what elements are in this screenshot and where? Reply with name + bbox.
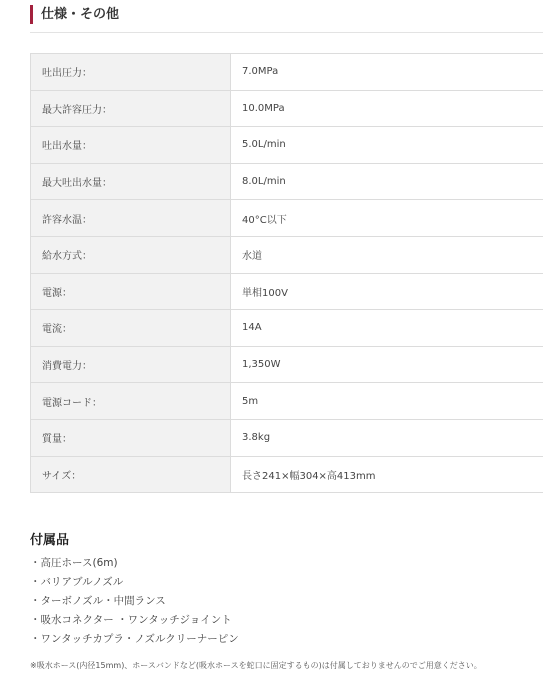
spec-label: 給水方式： — [31, 236, 231, 273]
table-row: 消費電力：1,350W — [31, 346, 544, 383]
section-title: 仕様・その他 — [41, 5, 119, 24]
spec-value: 水道 — [231, 236, 544, 273]
spec-value: 14A — [231, 310, 544, 347]
spec-label: 電源コード： — [31, 383, 231, 420]
spec-table: 吐出圧力：7.0MPa 最大許容圧力：10.0MPa 吐出水量：5.0L/min… — [30, 53, 543, 493]
spec-value: 40°C以下 — [231, 200, 544, 237]
spec-value: 長さ241×幅304×高413mm — [231, 456, 544, 493]
spec-label: 質量： — [31, 419, 231, 456]
table-row: 許容水温：40°C以下 — [31, 200, 544, 237]
list-item: ワンタッチカプラ・ノズルクリーナーピン — [30, 630, 239, 649]
spec-value: 単相100V — [231, 273, 544, 310]
table-row: 質量：3.8kg — [31, 419, 544, 456]
spec-label: 吐出水量： — [31, 127, 231, 164]
table-row: 電源コード：5m — [31, 383, 544, 420]
table-row: サイズ：長さ241×幅304×高413mm — [31, 456, 544, 493]
spec-label: 最大許容圧力： — [31, 90, 231, 127]
table-row: 電源：単相100V — [31, 273, 544, 310]
spec-label: 消費電力： — [31, 346, 231, 383]
section-header: 仕様・その他 — [30, 0, 543, 33]
spec-label: サイズ： — [31, 456, 231, 493]
spec-label: 電源： — [31, 273, 231, 310]
list-item: 吸水コネクター ・ワンタッチジョイント — [30, 611, 239, 630]
list-item: ターボノズル・中間ランス — [30, 592, 239, 611]
spec-value: 10.0MPa — [231, 90, 544, 127]
spec-value: 3.8kg — [231, 419, 544, 456]
table-row: 最大吐出水量：8.0L/min — [31, 163, 544, 200]
spec-label: 最大吐出水量： — [31, 163, 231, 200]
table-row: 最大許容圧力：10.0MPa — [31, 90, 544, 127]
table-row: 吐出水量：5.0L/min — [31, 127, 544, 164]
table-row: 電流：14A — [31, 310, 544, 347]
list-item: バリアブルノズル — [30, 573, 239, 592]
spec-label: 吐出圧力： — [31, 54, 231, 91]
spec-value: 5.0L/min — [231, 127, 544, 164]
table-row: 吐出圧力：7.0MPa — [31, 54, 544, 91]
spec-label: 許容水温： — [31, 200, 231, 237]
spec-value: 8.0L/min — [231, 163, 544, 200]
accessories-title: 付属品 — [30, 529, 69, 548]
footnote: ※吸水ホース(内径15mm)、ホースバンドなど(吸水ホースを蛇口に固定するもの)… — [30, 660, 482, 671]
list-item: 高圧ホース(6m) — [30, 554, 239, 573]
accent-bar — [30, 5, 33, 24]
spec-label: 電流： — [31, 310, 231, 347]
spec-value: 1,350W — [231, 346, 544, 383]
spec-value: 7.0MPa — [231, 54, 544, 91]
table-row: 給水方式：水道 — [31, 236, 544, 273]
spec-value: 5m — [231, 383, 544, 420]
accessories-list: 高圧ホース(6m) バリアブルノズル ターボノズル・中間ランス 吸水コネクター … — [30, 554, 239, 649]
